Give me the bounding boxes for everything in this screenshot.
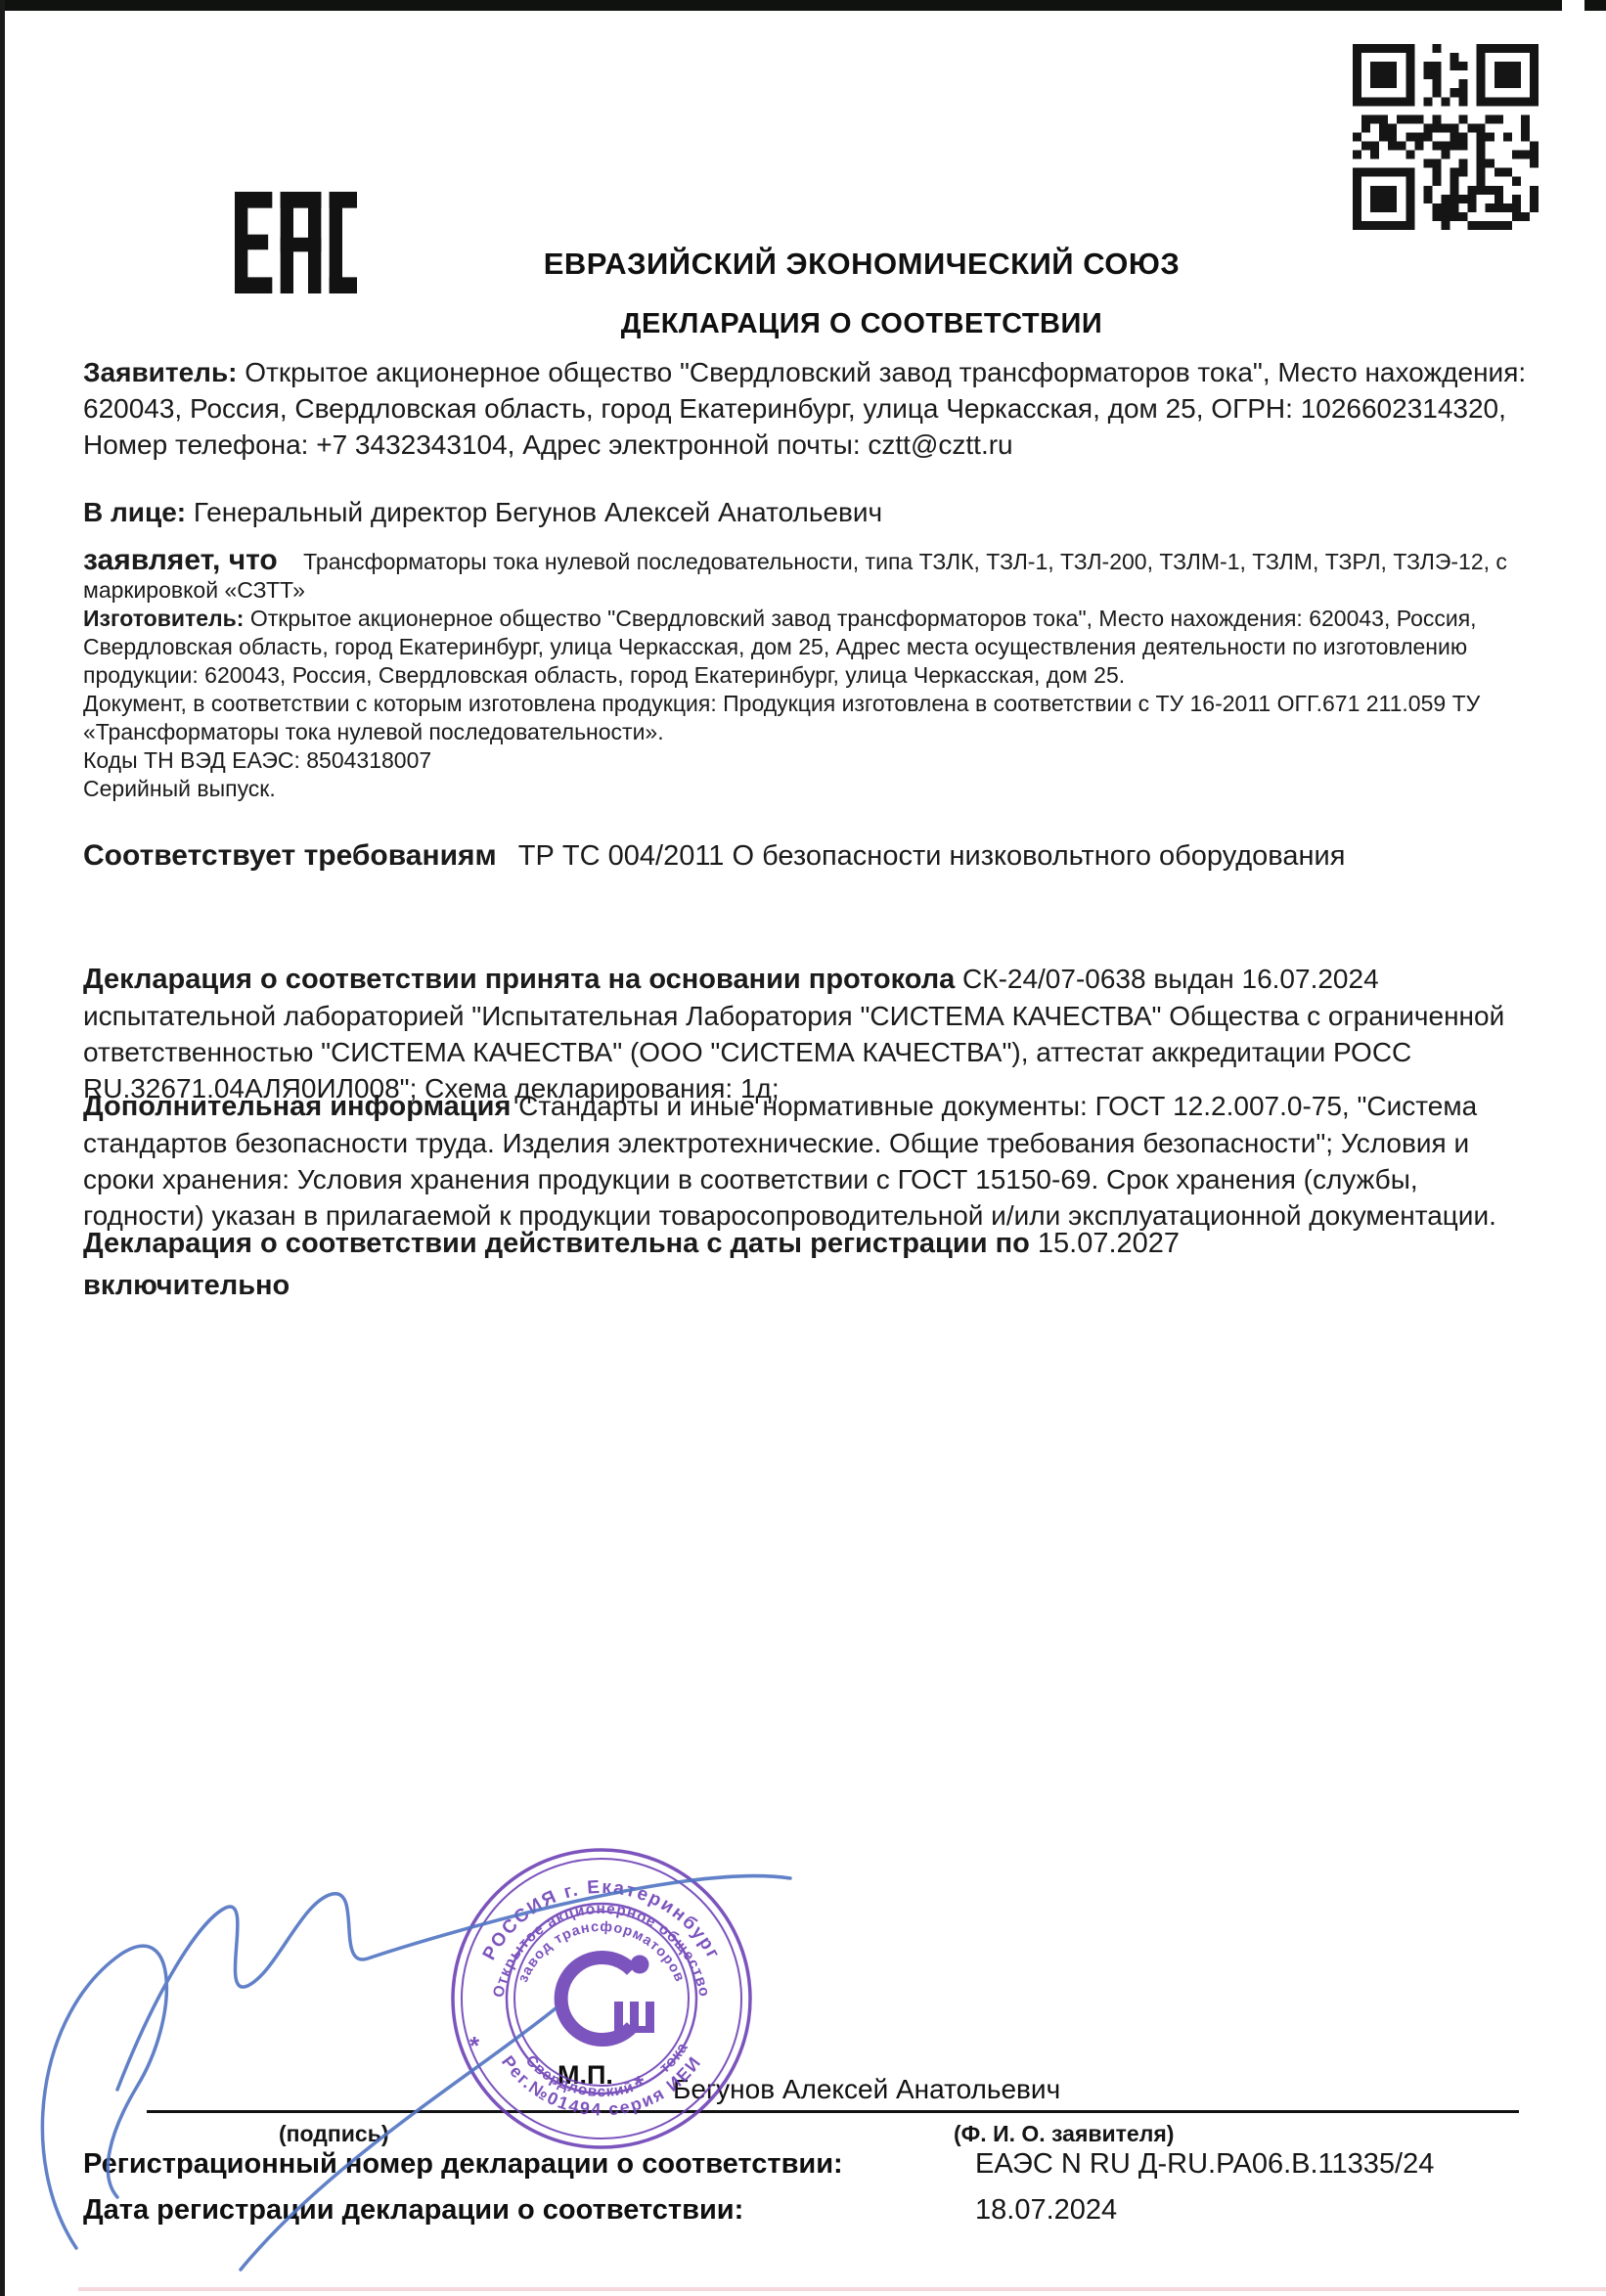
applicant-paragraph: Заявитель: Открытое акционерное общество… [83, 354, 1528, 463]
compliance-paragraph: Соответствует требованиям ТР ТС 004/2011… [83, 839, 1528, 873]
qr-code [1353, 44, 1539, 235]
signature-line [147, 2110, 1519, 2113]
in-person-label: В лице: [83, 497, 186, 527]
signature-caption: (подпись) [279, 2121, 389, 2147]
name-caption: (Ф. И. О. заявителя) [954, 2121, 1174, 2147]
serial-issue: Серийный выпуск. [83, 775, 1528, 803]
document-title: ДЕКЛАРАЦИЯ О СООТВЕТСТВИИ [117, 308, 1606, 340]
validity-suffix: включительно [83, 1265, 1528, 1307]
in-person-text: Генеральный директор Бегунов Алексей Ана… [194, 497, 882, 527]
in-person-paragraph: В лице: Генеральный директор Бегунов Але… [83, 494, 1528, 530]
svg-text:РОССИЯ г. Екатеринбург: РОССИЯ г. Екатеринбург [479, 1877, 724, 1964]
mp-seal-label: М.П. [558, 2060, 613, 2091]
stamp-star-left: * [469, 2031, 480, 2060]
top-border-line [0, 0, 1562, 11]
top-border-corner [1584, 0, 1606, 11]
validity-label: Декларация о соответствии действительна … [83, 1228, 1030, 1259]
basis-label: Декларация о соответствии принята на осн… [83, 964, 955, 995]
registration-number-value: ЕАЭС N RU Д-RU.РА06.В.11335/24 [975, 2148, 1434, 2181]
declares-product: Трансформаторы тока нулевой последовател… [83, 549, 1507, 603]
stamp-star-bottom: * [634, 2070, 645, 2099]
svg-text:Открытое акционерное общество: Открытое акционерное общество [490, 1901, 712, 1999]
manufacturer-text: Открытое акционерное общество "Свердловс… [83, 606, 1477, 688]
declaration-document: ЕВРАЗИЙСКИЙ ЭКОНОМИЧЕСКИЙ СОЮЗ ДЕКЛАРАЦИ… [0, 0, 1606, 2296]
svg-text:тока: тока [656, 2040, 691, 2077]
basis-paragraph: Декларация о соответствии принята на осн… [83, 961, 1528, 1106]
stamp-logo-monogram [561, 1956, 654, 2041]
validity-date: 15.07.2027 [1038, 1228, 1180, 1259]
stamp-ring-mid-top-text: Открытое акционерное общество [490, 1901, 712, 1999]
validity-paragraph: Декларация о соответствии действительна … [83, 1223, 1528, 1307]
registration-date-label: Дата регистрации декларации о соответств… [83, 2194, 743, 2227]
registration-number-label: Регистрационный номер декларации о соотв… [83, 2148, 843, 2181]
bottom-scan-artifact [78, 2287, 1606, 2291]
svg-text:завод трансформаторов: завод трансформаторов [515, 1919, 688, 1985]
title-block: ЕВРАЗИЙСКИЙ ЭКОНОМИЧЕСКИЙ СОЮЗ ДЕКЛАРАЦИ… [117, 247, 1606, 340]
additional-info-paragraph: Дополнительная информация Стандарты и ин… [83, 1088, 1528, 1234]
declares-label: заявляет, что [83, 544, 278, 576]
stamp-ring-mid-right-text: тока [656, 2040, 691, 2077]
applicant-label: Заявитель: [83, 357, 238, 387]
signatory-name: Бегунов Алексей Анатольевич [673, 2074, 1060, 2105]
additional-info-label: Дополнительная информация [83, 1091, 511, 1122]
production-document-text: Документ, в соответствии с которым изгот… [83, 690, 1528, 746]
company-stamp: РОССИЯ г. Екатеринбург Рег.№01494 серия … [440, 1837, 763, 2165]
manufacturer-paragraph: Изготовитель: Открытое акционерное общес… [83, 605, 1528, 690]
stamp-ring-top-text: РОССИЯ г. Екатеринбург [479, 1877, 724, 1964]
manufacturer-label: Изготовитель: [83, 606, 244, 631]
compliance-text: ТР ТС 004/2011 О безопасности низковольт… [518, 840, 1346, 872]
declares-block: заявляет, что Трансформаторы тока нулево… [83, 546, 1528, 803]
tn-ved-code: Коды ТН ВЭД ЕАЭС: 8504318007 [83, 746, 1528, 775]
left-border-line [0, 0, 5, 2296]
registration-date-value: 18.07.2024 [975, 2194, 1117, 2227]
declares-product-line: заявляет, что Трансформаторы тока нулево… [83, 546, 1528, 605]
compliance-label: Соответствует требованиям [83, 839, 497, 872]
stamp-ring-inner-text: завод трансформаторов [515, 1919, 688, 1985]
applicant-text: Открытое акционерное общество "Свердловс… [83, 357, 1526, 460]
union-title: ЕВРАЗИЙСКИЙ ЭКОНОМИЧЕСКИЙ СОЮЗ [117, 247, 1606, 282]
